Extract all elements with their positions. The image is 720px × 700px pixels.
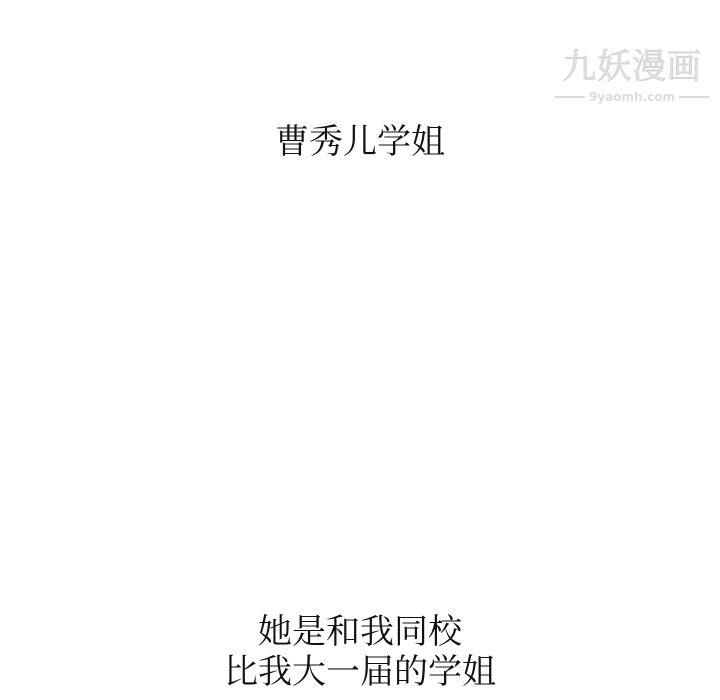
watermark: 九妖漫画 9yaomh.com [552, 48, 712, 104]
caption-description: 她是和我同校 比我大一届的学姐 [0, 612, 720, 692]
watermark-title: 九妖漫画 [552, 48, 712, 86]
watermark-url-row: 9yaomh.com [552, 90, 712, 104]
watermark-url: 9yaomh.com [589, 90, 675, 104]
watermark-divider-right [679, 96, 709, 98]
caption-line-2: 比我大一届的学姐 [0, 652, 720, 692]
caption-name: 曹秀儿学姐 [0, 122, 720, 162]
caption-line-1: 她是和我同校 [0, 612, 720, 652]
watermark-divider-left [555, 96, 585, 98]
